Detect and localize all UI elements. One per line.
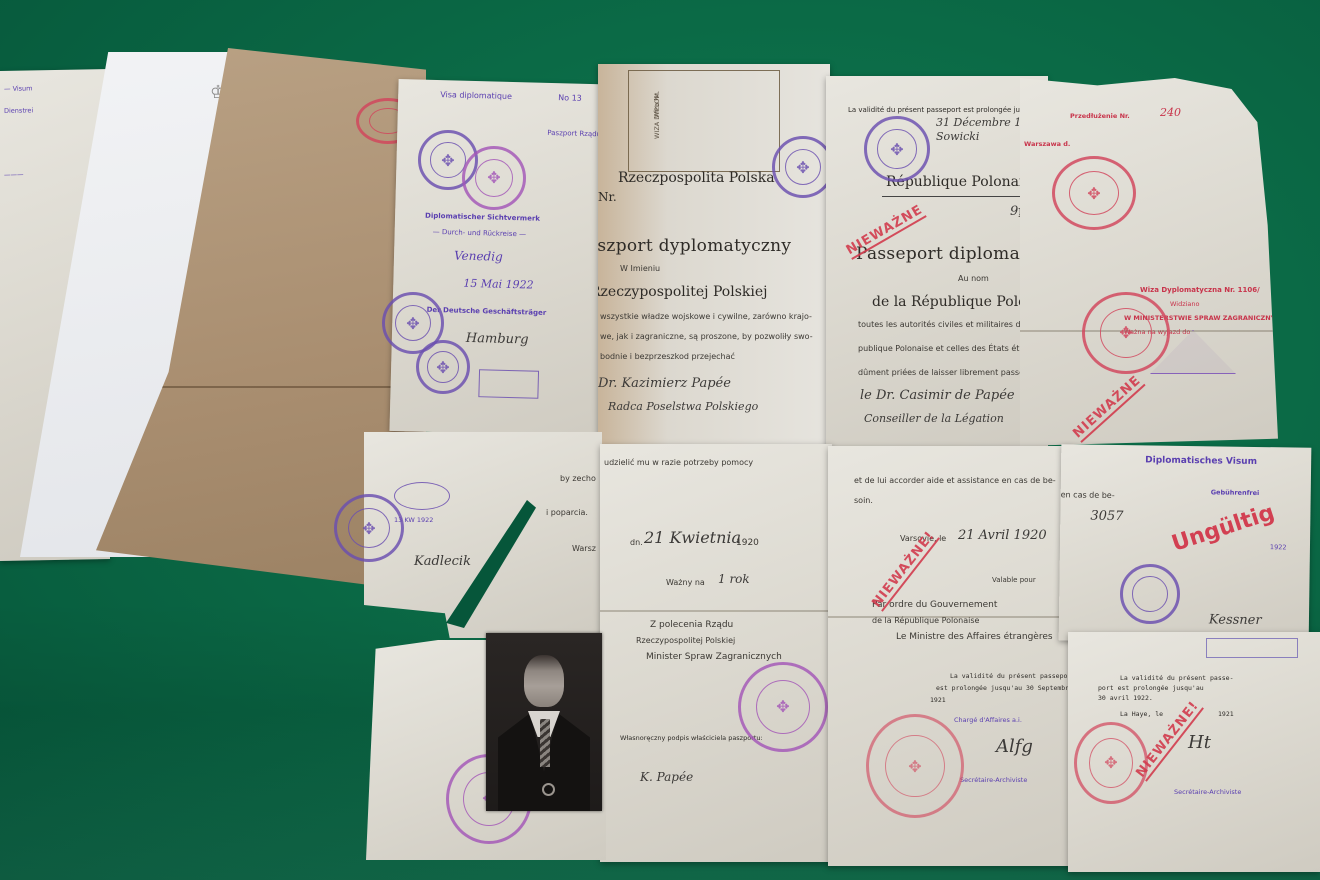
- signature: Alfg: [996, 736, 1033, 757]
- fragment-line: Warsz: [572, 544, 596, 553]
- warsaw-date-label: Warszawa d.: [1024, 140, 1070, 148]
- signatory-line-pl: Rzeczypospolitej Polskiej: [636, 636, 735, 645]
- continuation-line-fr: et de lui accorder aide et assistance en…: [854, 476, 1056, 485]
- purple-eagle-seal: ✥: [864, 116, 930, 182]
- validity-fr-label: La validité du présent passeport est pro…: [848, 106, 1043, 114]
- valid-label-fr: Valable pour: [992, 576, 1036, 584]
- continuation-fragment: en cas de be-: [1061, 490, 1115, 500]
- prolongation-header: Przedłużenie Nr.: [1070, 112, 1130, 120]
- extension-sign-title: Chargé d'Affaires a.i.: [954, 716, 1022, 724]
- header-pl: Rzeczpospolita Polska: [618, 170, 775, 186]
- red-eagle-seal: ✥: [1082, 292, 1170, 374]
- passport-signature: K. Papée: [640, 770, 693, 784]
- violet-eagle-seal: ✥: [462, 146, 526, 210]
- handwritten-name-pl: Dr. Kazimierz Papée: [598, 376, 731, 391]
- visa-dipl-label: Wiza Dyplomatyczna Nr. 1106/: [1140, 286, 1260, 294]
- body-line-fr: publique Polonaise et celles des États é…: [858, 344, 1048, 353]
- date-handwritten-pl: 21 Kwietnia: [644, 528, 741, 547]
- body-line-fr: toutes les autorités civiles et militair…: [858, 320, 1048, 329]
- red-eagle-seal: ✥: [1074, 722, 1148, 804]
- extension2-role: Secrétaire-Archiviste: [1174, 788, 1241, 796]
- german-visa-kind: — Durch- und Rückreise —: [433, 228, 527, 238]
- extension2-line: La validité du présent passe-: [1120, 674, 1234, 682]
- date-prefix-pl: dn.: [630, 538, 643, 547]
- continuation-line-pl: udzielić mu w razie potrzeby pomocy: [604, 458, 753, 467]
- german-visa2-label: Diplomatisches Visum: [1145, 455, 1257, 467]
- handwritten-title-pl: Radca Poselstwa Polskiego: [608, 400, 758, 413]
- faded-visa-text: ———: [4, 171, 24, 179]
- french-page-top: La validité du présent passeport est pro…: [826, 76, 1048, 448]
- purple-consulate-seal: [1120, 564, 1180, 624]
- valid-label-pl: Ważny na: [666, 578, 705, 587]
- note-3057: 3057: [1090, 509, 1123, 524]
- title-fr: Passeport diplomatique: [856, 244, 1048, 264]
- visa-fr-number: No 13: [558, 93, 582, 103]
- signature: Ht: [1188, 732, 1211, 753]
- continuation-line-fr: soin.: [854, 496, 873, 505]
- purple-eagle-seal: ✥: [334, 494, 404, 562]
- subtitle-small-pl: W Imieniu: [620, 264, 660, 273]
- signatory-line-fr: Le Ministre des Affaires étrangères: [896, 632, 1053, 642]
- handwritten-name-fr: le Dr. Casimir de Papée: [860, 388, 1015, 403]
- body-line-pl: wszystkie władze wojskowe i cywilne, zar…: [600, 312, 812, 321]
- signature: Hamburg: [466, 331, 529, 348]
- extension2-year: 1921: [1218, 710, 1234, 718]
- fragment-line: by zecho: [560, 474, 596, 483]
- visa-widziano: Widziano: [1170, 300, 1200, 308]
- visa-page-right-top: Przedłużenie Nr. 240 Warszawa d. Wiza Dy…: [1020, 78, 1278, 446]
- purple-eagle-seal: ✥: [416, 340, 470, 394]
- extension-sign-role: Secrétaire-Archiviste: [960, 776, 1027, 784]
- faded-visa-text: Dienstrei: [4, 106, 33, 115]
- fragment-line: i poparcia.: [546, 508, 588, 517]
- visa-box-stamp: [478, 369, 539, 399]
- french-page-bottom: et de lui accorder aide et assistance en…: [828, 446, 1074, 866]
- prolongation-value: 240: [1160, 106, 1181, 119]
- polish-page-bottom: udzielić mu w razie potrzeby pomocy dn. …: [600, 444, 832, 862]
- faded-visa-text: — Visum: [4, 84, 33, 92]
- red-eagle-seal: ✥: [1052, 156, 1136, 230]
- visa-fr-label: Visa diplomatique: [440, 90, 512, 101]
- handwritten-title-fr: Conseiller de la Légation: [864, 412, 1004, 425]
- signatory-line-pl: Z polecenia Rządu: [650, 620, 733, 630]
- signatory-line-fr: Par ordre du Gouvernement: [872, 600, 997, 610]
- signature: Kadlecik: [414, 554, 471, 569]
- rect-visa-stamp: [1206, 638, 1298, 658]
- body-line-fr: dûment priées de laisser librement passe…: [858, 368, 1027, 377]
- red-eagle-seal: ✥: [866, 714, 964, 818]
- polish-page-top: WIZA DYPLOM. Wiza Nr. Rzeczpospolita Pol…: [598, 64, 830, 448]
- subtitle-small-fr: Au nom: [958, 274, 989, 283]
- oval-visa-stamp: [394, 482, 450, 510]
- handwriting: 15 Mai 1922: [463, 277, 534, 292]
- signatory-line-pl: Minister Spraw Zagranicznych: [646, 652, 782, 662]
- german-visa2-kind: Gebührenfrei: [1211, 488, 1260, 497]
- extension2-place: La Haye, le: [1120, 710, 1163, 718]
- date-handwritten-fr: 21 Avril 1920: [958, 528, 1047, 543]
- portrait-photo: [486, 633, 602, 811]
- extension-line: est prolongée jusqu'au 30 Septembre: [936, 684, 1073, 692]
- wiza-nr-label: Wiza Nr.: [652, 92, 660, 119]
- handwriting: Sowicki: [936, 130, 979, 143]
- subtitle-big-pl: Rzeczypospolitej Polskiej: [598, 284, 767, 300]
- extension2-line: port est prolongée jusqu'au: [1098, 684, 1204, 692]
- body-line-pl: bodnie i bezprzeszkod przejechać: [600, 352, 735, 361]
- valid-handwritten-pl: 1 rok: [718, 572, 750, 586]
- date-1922: 1922: [1270, 543, 1287, 551]
- extension2-line: 30 avril 1922.: [1098, 694, 1153, 702]
- extension-line: 1921: [930, 696, 946, 704]
- photo-caption: Własnoręczny podpis właściciela paszport…: [620, 734, 763, 742]
- signature: Kessner: [1209, 612, 1262, 628]
- date-year-pl: 1920: [736, 538, 759, 548]
- body-line-pl: we, jak i zagraniczne, są proszone, by p…: [600, 332, 813, 341]
- extension-line: La validité du présent passeport: [950, 672, 1074, 680]
- title-pl: Paszport dyplomatyczny: [598, 236, 791, 256]
- wiza-box: WIZA DYPLOM. Wiza Nr.: [628, 70, 780, 172]
- handwriting: Venedig: [454, 248, 503, 263]
- german-signer: Der Deutsche Geschäftsträger: [427, 306, 547, 317]
- purple-eagle-seal: ✥: [772, 136, 834, 198]
- number-label-pl: Nr.: [598, 190, 617, 204]
- german-visa-label: Diplomatischer Sichtvermerk: [425, 212, 540, 223]
- violet-eagle-seal: ✥: [738, 662, 828, 752]
